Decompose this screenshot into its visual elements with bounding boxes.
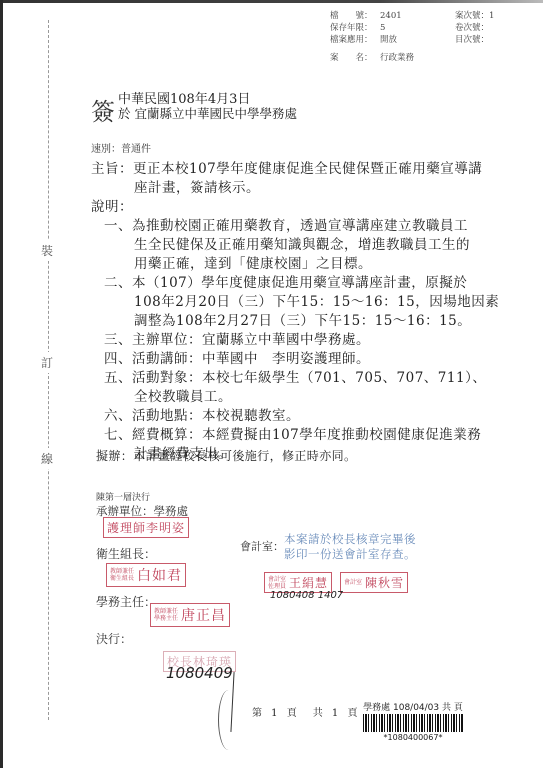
barcode-icon — [363, 714, 463, 732]
retention: 5 — [380, 22, 385, 34]
scan-edge-top — [0, 0, 543, 3]
subject-line-1: 主旨：更正本校107學年度健康促進全民健保暨正確用藥宣導講 — [91, 160, 491, 179]
scan-edge-left — [0, 0, 3, 768]
volume-seq-label: 卷次號： — [455, 22, 489, 34]
handwritten-date: 1080409 — [166, 664, 233, 682]
access: 開放 — [380, 34, 397, 46]
health-leader-label: 衛生組長： — [96, 545, 156, 562]
sign-char: 簽 — [91, 92, 115, 127]
binding-char-xian: 線 — [41, 448, 53, 469]
document-body: 主旨：更正本校107學年度健康促進全民健保暨正確用藥宣導講 座計畫，簽請核示。 … — [91, 160, 491, 464]
accounting-label: 會計室： — [240, 538, 284, 554]
file-no: 2401 — [380, 10, 402, 22]
item-1-line-3: 用藥正確，達到「健康校園」之目標。 — [91, 255, 491, 274]
approval-level: 陳第一層決行 — [96, 490, 150, 503]
item-2-line-1: 二、本（107）學年度健康促進用藥宣導講座計畫，原擬於 — [91, 274, 491, 293]
item-seq-label: 目次號： — [455, 34, 489, 46]
speed-class: 速別：普通件 — [91, 140, 151, 155]
stamp-accounting-head: 會計室 陳秋雪 — [340, 572, 408, 593]
execute-label: 決行： — [96, 630, 132, 647]
barcode-block: 學務處 108/04/03 共 頁 *1080400067* — [363, 700, 463, 742]
case-name-label: 案 名： — [330, 52, 380, 64]
scan-curve — [218, 690, 239, 750]
item-5-line-2: 全校教職員工。 — [91, 388, 491, 407]
case-seq-label: 案次號： — [455, 10, 489, 22]
stamp-director: 教師兼任 學務主任 唐正昌 — [150, 603, 230, 627]
subject-line-2: 座計畫，簽請核示。 — [91, 179, 491, 198]
proposal: 擬辦：本計畫經校長核可後施行，修正時亦同。 — [96, 447, 356, 464]
barcode-title: 學務處 108/04/03 共 頁 — [363, 700, 463, 713]
item-4-line-1: 四、活動講師：中華國中 李明姿護理師。 — [91, 350, 491, 369]
explanation-label: 說明： — [91, 198, 491, 217]
case-name: 行政業務 — [380, 52, 414, 64]
metadata-right: 案次號：1 卷次號： 目次號： — [455, 10, 494, 46]
item-5-line-1: 五、活動對象：本校七年級學生（701、705、707、711）、 — [91, 369, 491, 388]
stamp-health-leader: 教師兼任 衛生組長 白如君 — [106, 563, 186, 587]
page-number: 第 1 頁 共 1 頁 — [252, 704, 360, 719]
director-label: 學務主任： — [96, 593, 156, 610]
barcode-number: *1080400067* — [363, 733, 463, 742]
stamp-nurse: 護理師李明姿 — [103, 517, 189, 538]
retention-label: 保存年限： — [330, 22, 380, 34]
item-6-line-1: 六、活動地點：本校視聽教室。 — [91, 407, 491, 426]
item-2-line-3: 調整為108年2月27日（三）下午15：15～16：15。 — [91, 312, 491, 331]
file-no-label: 檔 號： — [330, 10, 380, 22]
document-location: 於 宜蘭縣立中華國民中學學務處 — [118, 104, 297, 122]
item-1-line-1: 一、為推動校園正確用藥教育，透過宣導講座建立教職員工 — [91, 217, 491, 236]
binding-char-ding: 訂 — [41, 352, 53, 373]
accounting-note: 本案請於校長核章完畢後 影印一份送會計室存查。 — [284, 532, 416, 562]
binding-char-zhuang: 裝 — [41, 240, 53, 261]
accounting-note-line-2: 影印一份送會計室存查。 — [284, 547, 416, 562]
item-2-line-2: 108年2月20日（三）下午15：15～16：15，因場地因素 — [91, 293, 491, 312]
access-label: 檔案應用： — [330, 34, 380, 46]
accounting-note-line-1: 本案請於校長核章完畢後 — [284, 532, 416, 547]
handwritten-accounting: 1080408 1407 — [270, 590, 343, 601]
case-seq: 1 — [489, 10, 494, 22]
item-3-line-1: 三、主辦單位：宜蘭縣立中華國中學務處。 — [91, 331, 491, 350]
metadata-left: 檔 號：2401 保存年限：5 檔案應用：開放 案 名：行政業務 — [330, 10, 414, 64]
item-7-line-1: 七、經費概算：本經費擬由107學年度推動校園健康促進業務 — [91, 426, 491, 445]
item-1-line-2: 生全民健保及正確用藥知識與觀念，增進教職員工生的 — [91, 236, 491, 255]
